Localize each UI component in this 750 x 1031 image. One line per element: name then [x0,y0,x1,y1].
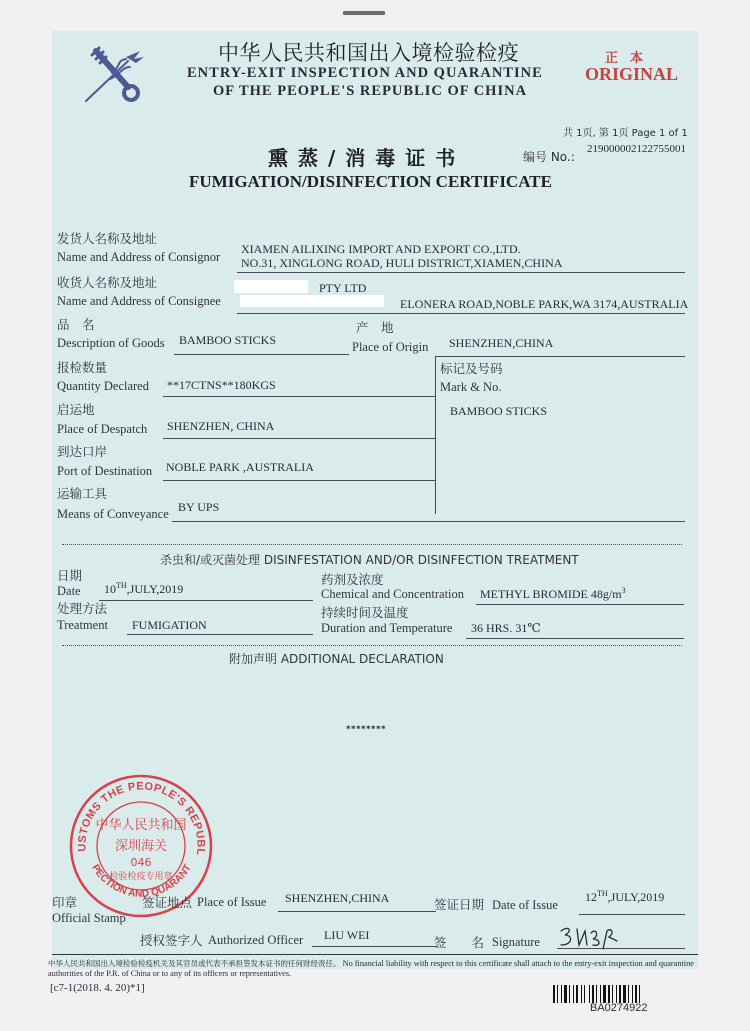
declaration-value: ******** [346,724,386,734]
barcode-number: BA0274922 [590,1002,648,1014]
place-of-issue-label-cn: 签证地点 [142,893,192,911]
chemical-label-cn: 药剂及浓度 [321,570,384,588]
key-caduceus-emblem-icon [82,45,152,107]
staple-mark [343,11,385,15]
consignee-underline [237,313,685,314]
marks-label-en: Mark & No. [440,380,501,395]
signature-underline [557,948,685,949]
method-label-cn: 处理方法 [57,599,107,617]
consignee-label-cn: 收货人名称及地址 [57,273,157,291]
method-label-en: Treatment [57,618,108,633]
redacted-consignee-address [240,295,384,307]
method-value: FUMIGATION [132,618,207,633]
certificate-number-label: 编号 No.: [523,148,575,165]
destination-label-cn: 到达口岸 [57,442,107,460]
destination-underline [163,480,435,481]
despatch-label-cn: 启运地 [57,400,95,418]
method-underline [127,634,313,635]
origin-value: SHENZHEN,CHINA [449,336,553,351]
certificate-title-cn: 熏蒸/消毒证书 [268,142,465,171]
conveyance-value: BY UPS [178,500,219,515]
quantity-label-en: Quantity Declared [57,379,149,394]
footer-divider [52,954,698,955]
signature-label-en: Signature [492,935,540,950]
place-of-issue-label-en: Place of Issue [197,895,266,910]
officer-signature [557,923,632,951]
disclaimer-line1: 中华人民共和国出入境检验检疫机关及其官员或代表不承担签发本证书的任何财经责任。 … [48,958,694,969]
despatch-underline [163,438,435,439]
agency-name-cn: 中华人民共和国出入境检验检疫 [218,37,519,67]
marks-value: BAMBOO STICKS [450,404,547,419]
treatment-date-value: 10TH,JULY,2019 [104,581,183,597]
certificate-number: 219000002122755001 [587,143,686,155]
certificate-sheet: 中华人民共和国出入境检验检疫 ENTRY-EXIT INSPECTION AND… [52,31,698,969]
treatment-heading: 杀虫和/或灭菌处理 DISINFESTATION AND/OR DISINFEC… [160,551,579,568]
goods-label-en: Description of Goods [57,336,165,351]
destination-value: NOBLE PARK ,AUSTRALIA [166,460,314,475]
chemical-label-en: Chemical and Concentration [321,587,464,602]
officer-value: LIU WEI [324,928,369,943]
duration-underline [466,638,684,639]
conveyance-label-en: Means of Conveyance [57,507,169,522]
signature-label-cn: 签 名 [434,933,484,951]
despatch-value: SHENZHEN, CHINA [167,419,274,434]
barcode [553,985,689,1003]
agency-name-en-line2: OF THE PEOPLE'S REPUBLIC OF CHINA [213,83,527,100]
despatch-label-en: Place of Despatch [57,422,147,437]
date-of-issue-underline [579,914,685,915]
consignor-label-en: Name and Address of Consignor [57,250,220,265]
svg-text:046: 046 [131,856,152,869]
declaration-divider [62,645,682,646]
treatment-divider [62,544,682,545]
chemical-value: METHYL BROMIDE 48g/m3 [480,586,626,602]
stamp-label-en: Official Stamp [52,911,126,926]
treatment-date-underline [99,600,313,601]
officer-underline [312,946,437,947]
duration-label-cn: 持续时间及温度 [321,603,409,621]
officer-label-en: Authorized Officer [208,933,303,948]
consignee-line1: PTY LTD [319,281,366,296]
date-of-issue-label-en: Date of Issue [492,898,558,913]
origin-label-cn: 产 地 [356,318,394,336]
quantity-value: **17CTNS**180KGS [167,378,276,393]
place-of-issue-underline [278,911,436,912]
consignor-underline [237,272,685,273]
consignor-line2: NO.31, XINGLONG ROAD, HULI DISTRICT,XIAM… [241,256,562,271]
certificate-title-en: FUMIGATION/DISINFECTION CERTIFICATE [189,172,552,192]
original-label-en: ORIGINAL [585,64,678,85]
treatment-date-label-en: Date [57,584,81,599]
chemical-underline [476,604,684,605]
marks-box-top [435,356,685,357]
goods-label-cn: 品 名 [57,315,95,333]
duration-label-en: Duration and Temperature [321,621,452,636]
svg-text:检验检疫专用章: 检验检疫专用章 [109,870,172,882]
goods-value: BAMBOO STICKS [179,333,276,348]
consignee-label-en: Name and Address of Consignee [57,294,221,309]
quantity-underline [163,396,435,397]
destination-label-en: Port of Destination [57,464,152,479]
disclaimer-line2: authorities of the P.R. of China or to a… [48,969,291,978]
declaration-heading: 附加声明 ADDITIONAL DECLARATION [229,650,444,667]
quantity-label-cn: 报检数量 [57,358,107,376]
place-of-issue-value: SHENZHEN,CHINA [285,891,389,906]
marks-label-cn: 标记及号码 [440,359,503,377]
page-info: 共 1页, 第 1页 Page 1 of 1 [563,124,688,139]
officer-label-cn: 授权签字人 [140,931,203,949]
date-of-issue-label-cn: 签证日期 [434,895,484,913]
redacted-consignee-name [234,280,308,293]
duration-value: 36 HRS. 31℃ [471,621,541,636]
date-of-issue-value: 12TH,JULY,2019 [585,889,664,905]
conveyance-label-cn: 运输工具 [57,484,107,502]
svg-text:深圳海关: 深圳海关 [115,839,167,854]
consignor-label-cn: 发货人名称及地址 [57,229,157,247]
marks-box-left [435,356,436,514]
goods-underline [174,354,349,355]
origin-label-en: Place of Origin [352,340,428,355]
form-code: [c7-1(2018. 4. 20)*1] [50,982,145,994]
consignor-line1: XIAMEN AILIXING IMPORT AND EXPORT CO.,LT… [241,242,521,257]
consignee-line2: ELONERA ROAD,NOBLE PARK,WA 3174,AUSTRALI… [400,297,688,312]
stamp-label-cn: 印章 [52,893,77,911]
conveyance-underline [172,521,685,522]
svg-text:中华人民共和国: 中华人民共和国 [95,817,186,833]
treatment-date-label-cn: 日期 [57,566,82,584]
agency-name-en-line1: ENTRY-EXIT INSPECTION AND QUARANTINE [187,65,543,82]
